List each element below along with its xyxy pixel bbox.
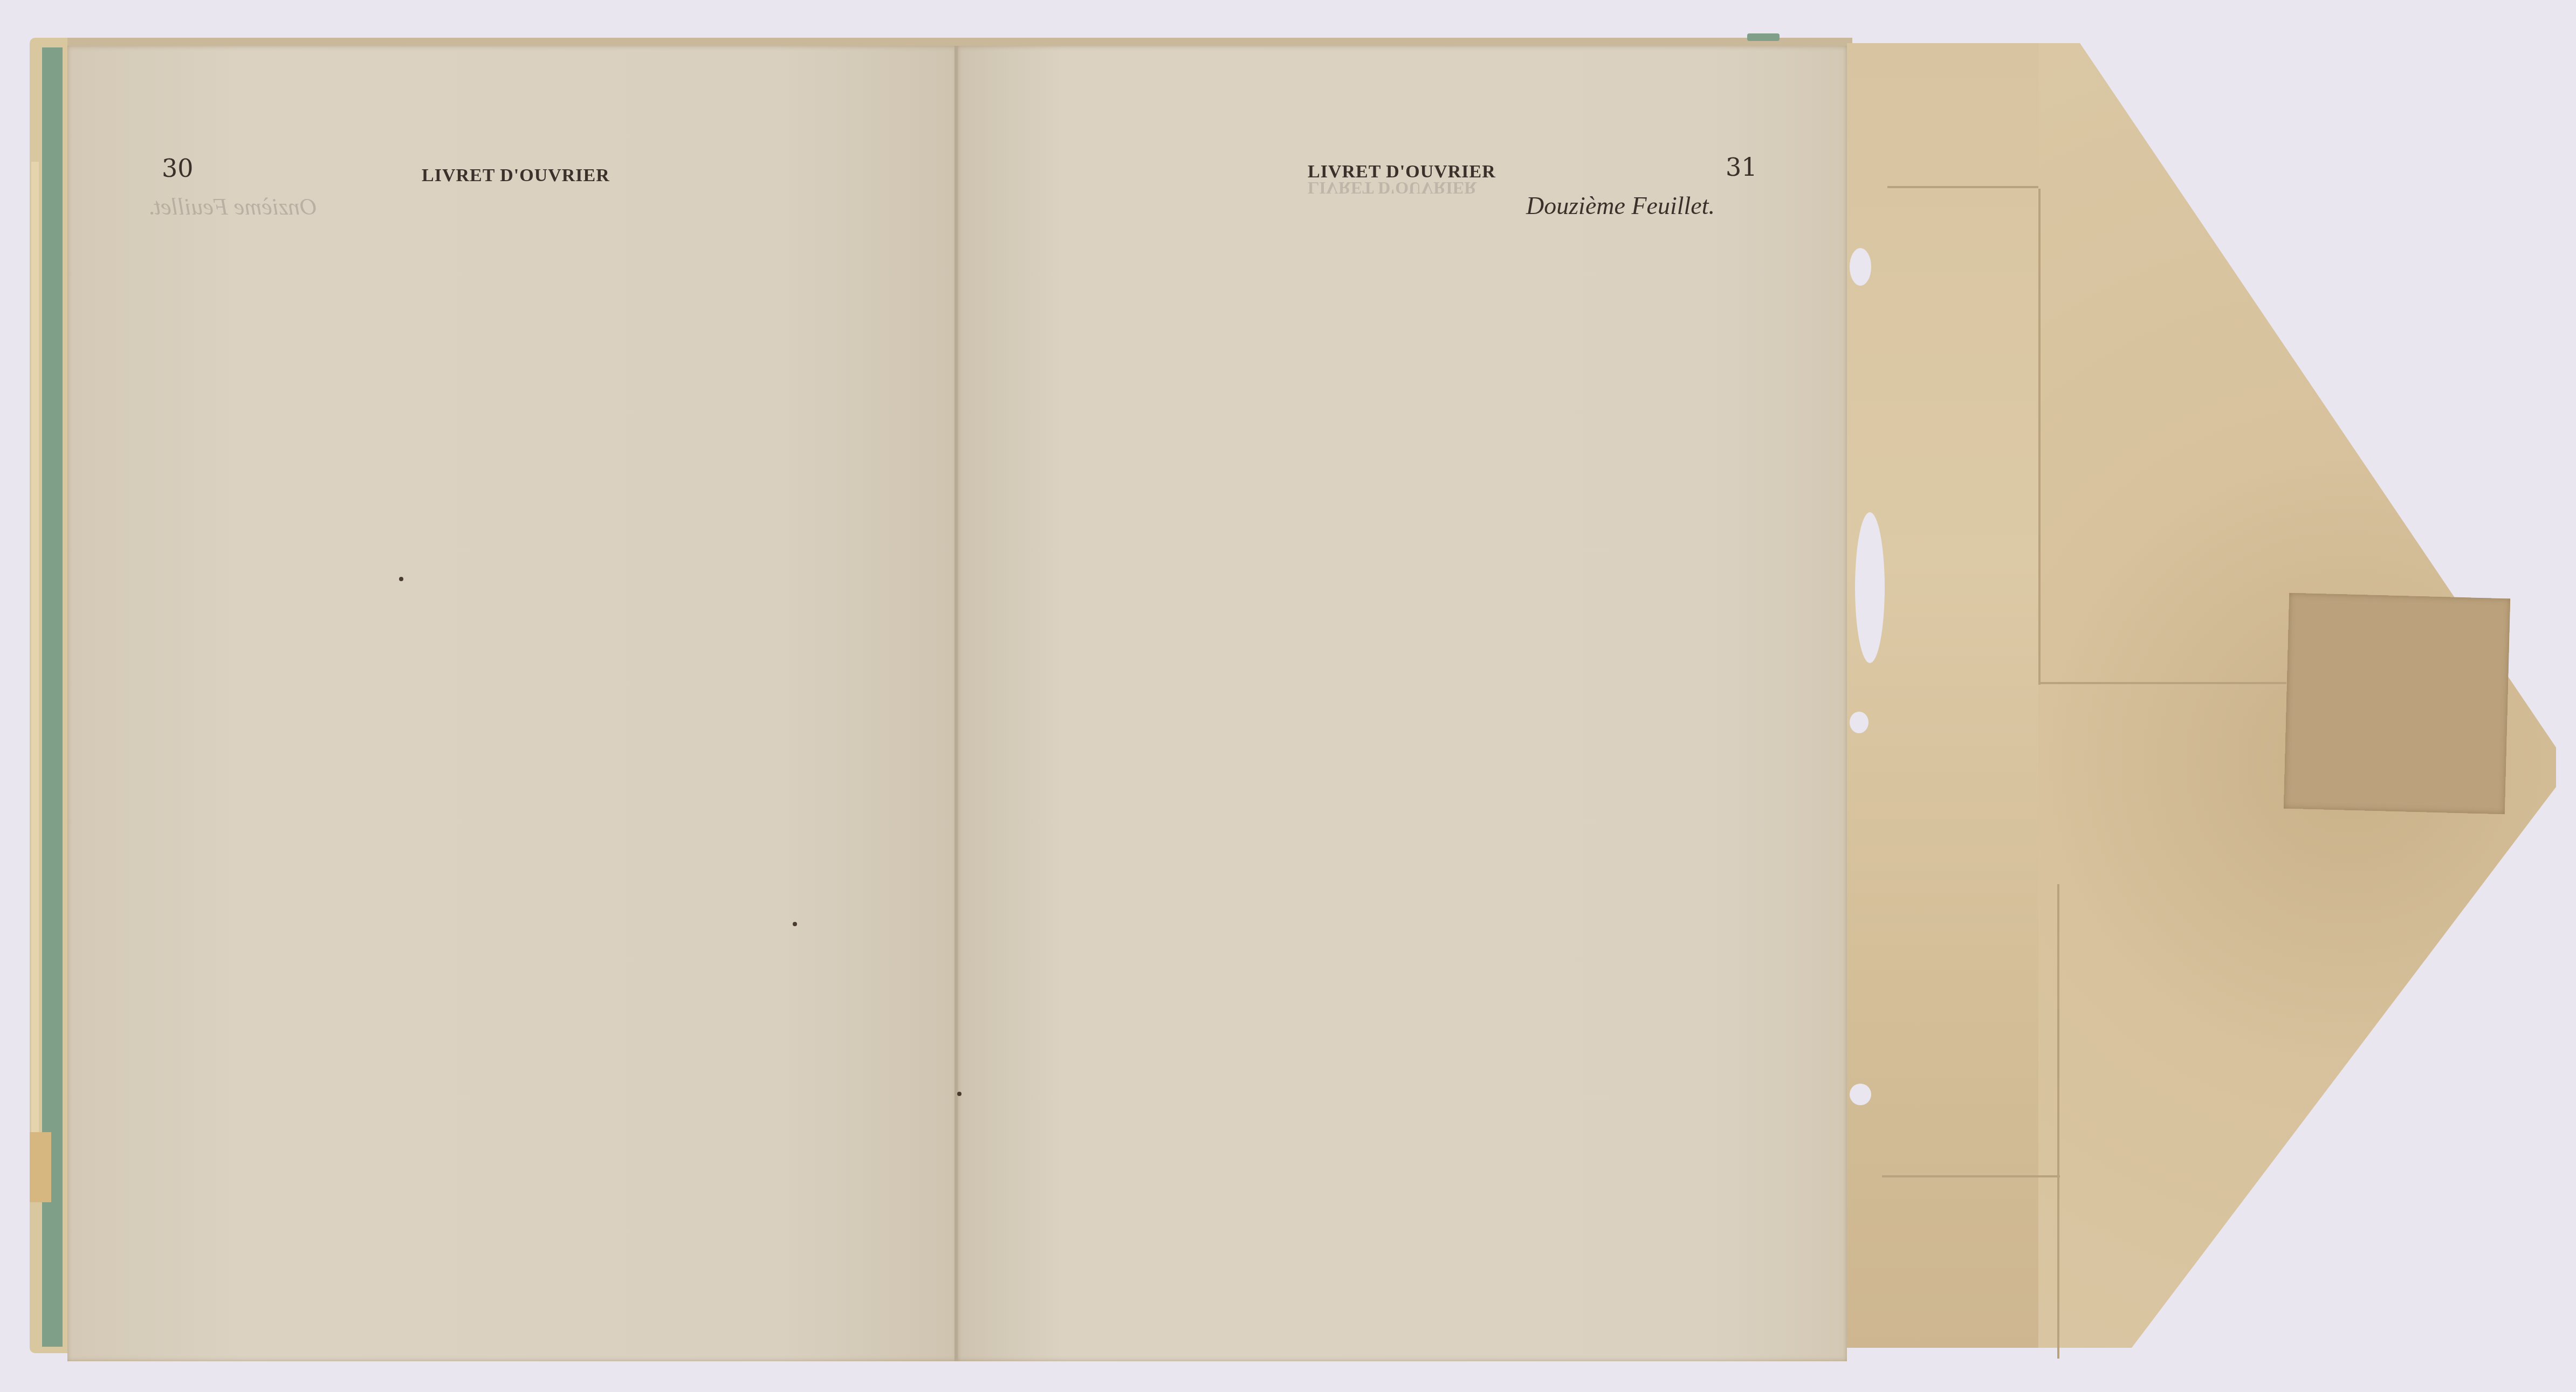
top-green-mark [1747,33,1780,41]
fold-line [2038,682,2286,684]
page-number-right: 31 [1726,153,1757,182]
paper-tape-patch [2284,593,2510,815]
torn-edge [1855,512,1885,663]
fold-line [2038,189,2041,685]
spine-tab [30,1132,51,1202]
fold-line [2057,884,2059,1359]
paper-speck [793,922,797,926]
bleed-through-text: Onzième Feuillet. [148,193,317,220]
left-page [67,46,957,1361]
right-page [957,46,1847,1361]
book-gutter [954,46,958,1361]
torn-edge [1850,248,1871,286]
cover-edge-strip [31,162,39,1175]
bleed-through-head: LIVRET D'OUVRIER [1308,178,1476,198]
fold-line [1887,186,2038,188]
running-head-left: LIVRET D'OUVRIER [422,166,610,186]
fold-line [1882,1175,2060,1177]
paper-speck [957,1092,961,1096]
torn-edge [1850,1084,1871,1105]
paper-speck [399,577,403,581]
page-number-left: 30 [162,154,194,183]
torn-edge [1850,712,1869,733]
leaf-title: Douzième Feuillet. [1526,191,1715,220]
